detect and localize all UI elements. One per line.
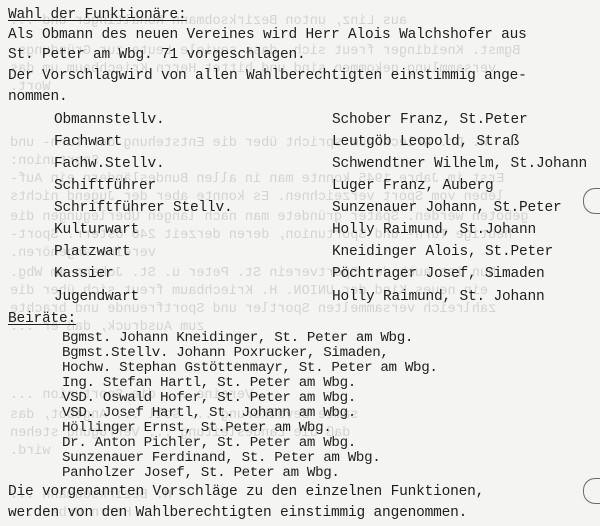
section-heading: Wahl der Funktionäre:	[8, 6, 187, 24]
officer-role: Schiftführer	[54, 177, 156, 195]
officer-role: Kassier	[54, 265, 114, 283]
advisor-line: Bgmst.Stellv. Johann Poxrucker, Simaden,	[62, 346, 389, 360]
advisor-line: VSD. Oswald Hofer, St. Peter am Wbg.	[62, 391, 356, 405]
advisor-line: Panholzer Josef, St. Peter am Wbg.	[62, 466, 340, 480]
officer-person: Leutgöb Leopold, Straß	[332, 133, 519, 151]
intro-line: nommen.	[8, 88, 68, 106]
advisor-line: Sunzenauer Ferdinand, St. Peter am Wbg.	[62, 451, 380, 465]
officer-person: Holly Raimund, St. Johann	[332, 288, 545, 306]
advisors-heading: Beiräte:	[8, 310, 76, 328]
punch-hole-mark	[583, 188, 600, 214]
officer-person: Holly Raimund, St.Johann	[332, 221, 536, 239]
intro-line: Der Vorschlagwird von allen Wahlberechti…	[8, 67, 527, 85]
officer-person: Schwendtner Wilhelm, St.Johann	[332, 155, 587, 173]
officer-role: Fachwart	[54, 133, 122, 151]
intro-line: Als Obmann des neuen Vereines wird Herr …	[8, 26, 527, 44]
advisor-line: Hochw. Stephan Gstöttenmayr, St. Peter a…	[62, 361, 438, 375]
officer-role: Platzwart	[54, 243, 131, 261]
officer-person: Schober Franz, St.Peter	[332, 111, 528, 129]
officer-role: Fachw.Stellv.	[54, 155, 165, 173]
officer-role: Kulturwart	[54, 221, 139, 239]
officer-person: Luger Franz, Auberg	[332, 177, 494, 195]
typewritten-page: aus Linz, unton Bezirksobmann Rohaltinge…	[0, 0, 600, 526]
advisor-line: VSD. Josef Hartl, St. Johann am Wbg.	[62, 406, 356, 420]
advisor-line: Bgmst. Johann Kneidinger, St. Peter am W…	[62, 331, 413, 345]
officer-person: Kneidinger Alois, St.Peter	[332, 243, 553, 261]
closing-line: werden von den Wahlberechtigten einstimm…	[8, 504, 467, 522]
officer-person: Pöchtrager Josef, Simaden	[332, 265, 545, 283]
advisor-line: Ing. Stefan Hartl, St. Peter am Wbg.	[62, 376, 356, 390]
officer-person: Sunzenauer Johann, St.Peter	[332, 199, 562, 217]
intro-line: St. Peter am Wbg. 71 vorgeschlagen.	[8, 46, 306, 64]
closing-line: Die vorgenannten Vorschläge zu den einze…	[8, 483, 484, 501]
punch-hole-mark	[583, 478, 600, 504]
advisor-line: Höllinger Ernst, St.Peter am Wbg.	[62, 421, 331, 435]
officer-role: Obmannstellv.	[54, 111, 165, 129]
advisor-line: Dr. Anton Pichler, St. Peter am Wbg.	[62, 436, 356, 450]
officer-role: Jugendwart	[54, 288, 139, 306]
officer-role: Schriftführer Stellv.	[54, 199, 233, 217]
